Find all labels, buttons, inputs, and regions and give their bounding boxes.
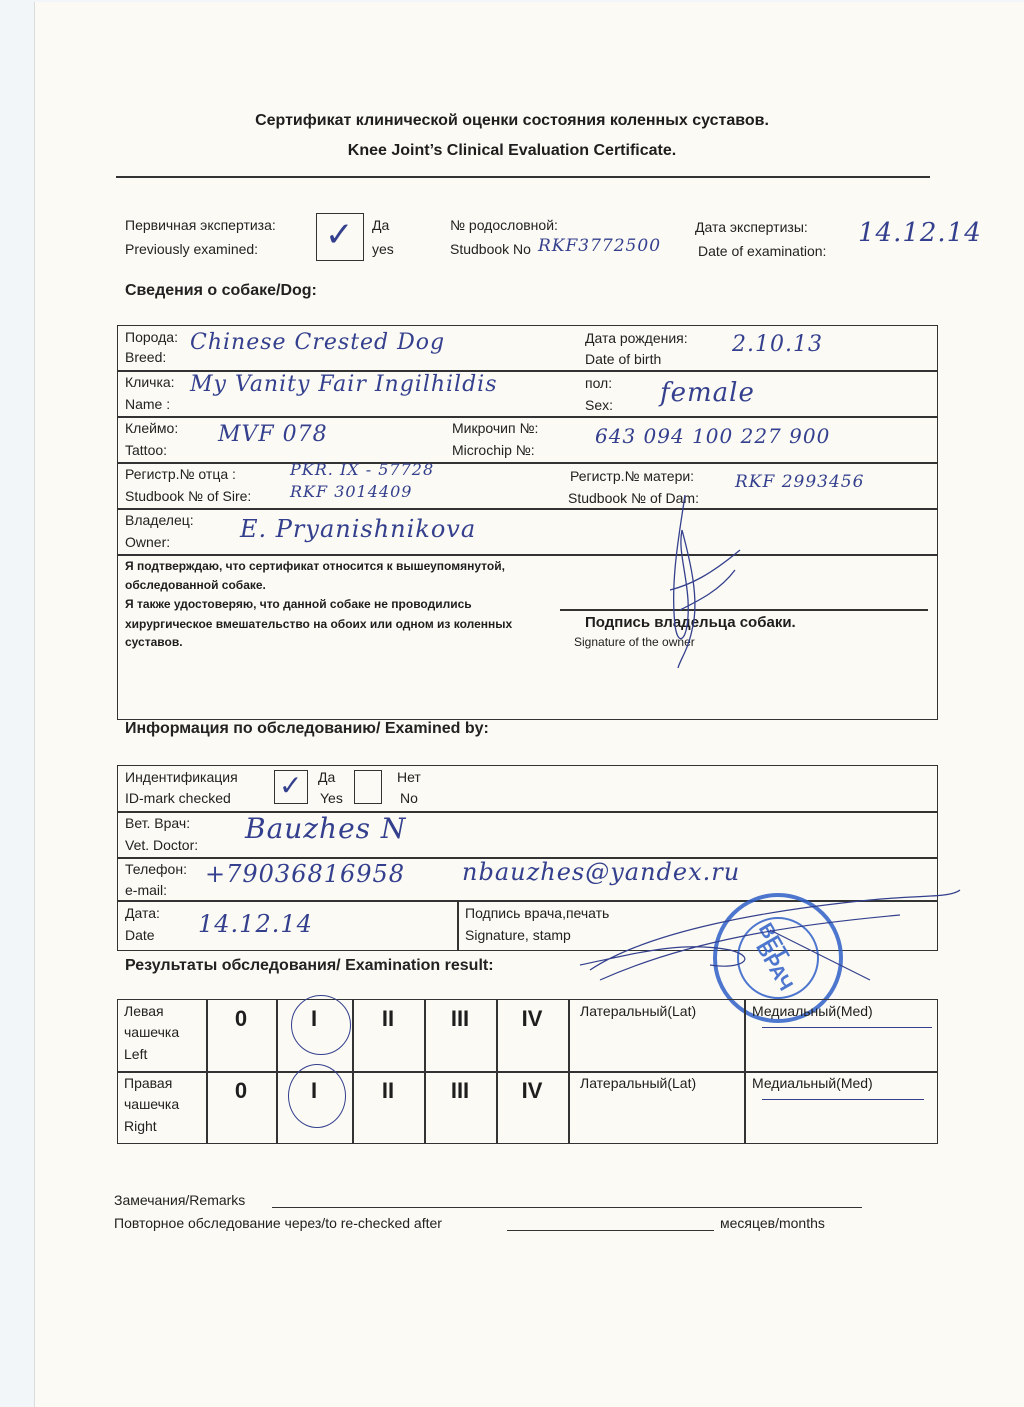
phone-label: Телефон: — [125, 858, 187, 880]
exam-date-label-ru: Дата экспертизы: — [695, 216, 808, 238]
id-mark-label-ru: Индентификация — [125, 766, 238, 788]
sire-label-ru: Регистр.№ отца : — [125, 463, 236, 485]
vet-label-ru: Вет. Врач: — [125, 812, 190, 834]
check-mark-icon: ✓ — [279, 772, 302, 800]
right-medial-label: Медиальный(Med) — [752, 1075, 873, 1091]
microchip-label-ru: Микрочип №: — [452, 417, 538, 439]
right-medial-mark — [762, 1099, 924, 1100]
id-mark-no-checkbox[interactable] — [354, 770, 382, 804]
id-no-label-ru: Нет — [397, 766, 421, 788]
left-medial-mark — [762, 1027, 932, 1028]
tattoo-label-en: Tattoo: — [125, 439, 167, 461]
left-lateral-label: Латеральный(Lat) — [580, 1003, 696, 1019]
declaration-line-2: обследованной собаке. — [125, 575, 266, 595]
right-lateral-label: Латеральный(Lat) — [580, 1075, 696, 1091]
tattoo-value[interactable]: MVF 078 — [218, 422, 328, 447]
owner-signature-scribble[interactable] — [630, 490, 770, 670]
microchip-value[interactable]: 643 094 100 227 900 — [595, 424, 830, 448]
title-ru: Сертификат клинической оценки состояния … — [0, 112, 1024, 130]
sex-value[interactable]: female — [660, 378, 755, 408]
right-grade-3[interactable]: III — [430, 1078, 490, 1104]
exam-date-label-en-2: Date — [125, 924, 155, 946]
vet-name-value[interactable]: Bauzhes N — [245, 812, 406, 845]
col-divider — [457, 900, 459, 951]
studbook-label-en: Studbook No — [450, 238, 531, 260]
declaration-line-3: Я также удостоверяю, что данной собаке н… — [125, 594, 472, 614]
breed-label-en: Breed: — [125, 346, 166, 368]
exam-date-label-ru-2: Дата: — [125, 902, 160, 924]
dob-label-ru: Дата рождения: — [585, 327, 688, 349]
left-selected-grade-circle — [291, 995, 351, 1055]
primary-exam-label-en: Previously examined: — [125, 238, 258, 260]
microchip-label-en: Microchip №: — [452, 439, 535, 461]
sire-label-en: Studbook № of Sire: — [125, 485, 251, 507]
email-label: e-mail: — [125, 879, 167, 901]
id-no-label-en: No — [400, 787, 418, 809]
recheck-label: Повторное обследование через/to re-check… — [114, 1212, 442, 1234]
vet-signature-scribble[interactable] — [570, 870, 970, 1000]
sex-label-ru: пол: — [585, 372, 612, 394]
exam-date-value[interactable]: 14.12.14 — [858, 218, 982, 248]
right-label-1: Правая — [124, 1072, 172, 1094]
row-divider — [117, 508, 938, 510]
dob-label-en: Date of birth — [585, 348, 661, 370]
left-label-2: чашечка — [124, 1021, 179, 1043]
studbook-label-ru: № родословной: — [450, 214, 558, 236]
dog-section-heading: Сведения о собаке/Dog: — [125, 282, 317, 300]
remarks-field[interactable] — [272, 1207, 862, 1208]
owner-label-ru: Владелец: — [125, 509, 194, 531]
yes-label-en: yes — [372, 238, 394, 260]
col-divider — [496, 999, 498, 1144]
row-divider — [117, 1071, 938, 1073]
col-divider — [568, 999, 570, 1144]
right-grade-4[interactable]: IV — [502, 1078, 562, 1104]
right-label-3: Right — [124, 1115, 157, 1137]
dog-name-value[interactable]: My Vanity Fair Ingilhildis — [190, 372, 498, 397]
sex-label-en: Sex: — [585, 394, 613, 416]
owner-value[interactable]: E. Pryanishnikova — [240, 515, 476, 543]
phone-value[interactable]: +79036816958 — [205, 860, 405, 888]
row-divider — [117, 462, 938, 464]
left-grade-4[interactable]: IV — [502, 1006, 562, 1032]
sire-value-1[interactable]: PKR. IX - 57728 — [290, 460, 434, 479]
title-en: Knee Joint’s Clinical Evaluation Certifi… — [0, 142, 1024, 160]
check-mark-icon: ✓ — [325, 218, 354, 252]
months-label: месяцев/months — [720, 1212, 825, 1234]
exam-date-value-2[interactable]: 14.12.14 — [198, 910, 313, 938]
dob-value[interactable]: 2.10.13 — [732, 332, 823, 357]
declaration-line-5: суставов. — [125, 632, 183, 652]
left-grade-3[interactable]: III — [430, 1006, 490, 1032]
vet-label-en: Vet. Doctor: — [125, 834, 198, 856]
id-mark-label-en: ID-mark checked — [125, 787, 231, 809]
right-label-2: чашечка — [124, 1093, 179, 1115]
results-section-heading: Результаты обследования/ Examination res… — [125, 957, 494, 975]
examiner-section-heading: Информация по обследованию/ Examined by: — [125, 720, 489, 738]
id-yes-label-en: Yes — [320, 787, 343, 809]
sire-value-2[interactable]: RKF 3014409 — [290, 482, 412, 501]
recheck-months-field[interactable] — [507, 1230, 714, 1231]
col-divider — [744, 999, 746, 1144]
exam-date-label-en: Date of examination: — [698, 240, 826, 262]
right-selected-grade-circle — [288, 1064, 346, 1128]
row-divider — [117, 811, 938, 813]
col-divider — [424, 999, 426, 1144]
breed-label-ru: Порода: — [125, 326, 178, 348]
declaration-line-4: хирургическое вмешательство на обоих или… — [125, 614, 512, 634]
left-label-1: Левая — [124, 1000, 164, 1022]
dam-value[interactable]: RKF 2993456 — [735, 472, 864, 492]
col-divider — [352, 999, 354, 1144]
right-grade-2[interactable]: II — [358, 1078, 418, 1104]
primary-exam-label-ru: Первичная экспертиза: — [125, 214, 276, 236]
right-grade-0[interactable]: 0 — [211, 1078, 271, 1104]
left-label-3: Left — [124, 1043, 147, 1065]
id-yes-label-ru: Да — [318, 766, 335, 788]
left-medial-label: Медиальный(Med) — [752, 1003, 873, 1019]
breed-value[interactable]: Chinese Crested Dog — [190, 330, 445, 355]
name-label-en: Name : — [125, 393, 170, 415]
col-divider — [206, 999, 208, 1144]
dam-label-ru: Регистр.№ матери: — [570, 465, 694, 487]
owner-label-en: Owner: — [125, 531, 170, 553]
title-divider — [116, 176, 930, 178]
name-label-ru: Кличка: — [125, 371, 175, 393]
left-grade-0[interactable]: 0 — [211, 1006, 271, 1032]
col-divider — [276, 999, 278, 1144]
vet-signature-label-en: Signature, stamp — [465, 924, 571, 946]
remarks-label: Замечания/Remarks — [114, 1189, 245, 1211]
tattoo-label-ru: Клеймо: — [125, 417, 178, 439]
studbook-value[interactable]: RKF3772500 — [538, 236, 661, 256]
yes-label-ru: Да — [372, 214, 389, 236]
declaration-line-1: Я подтверждаю, что сертификат относится … — [125, 556, 505, 576]
left-grade-2[interactable]: II — [358, 1006, 418, 1032]
